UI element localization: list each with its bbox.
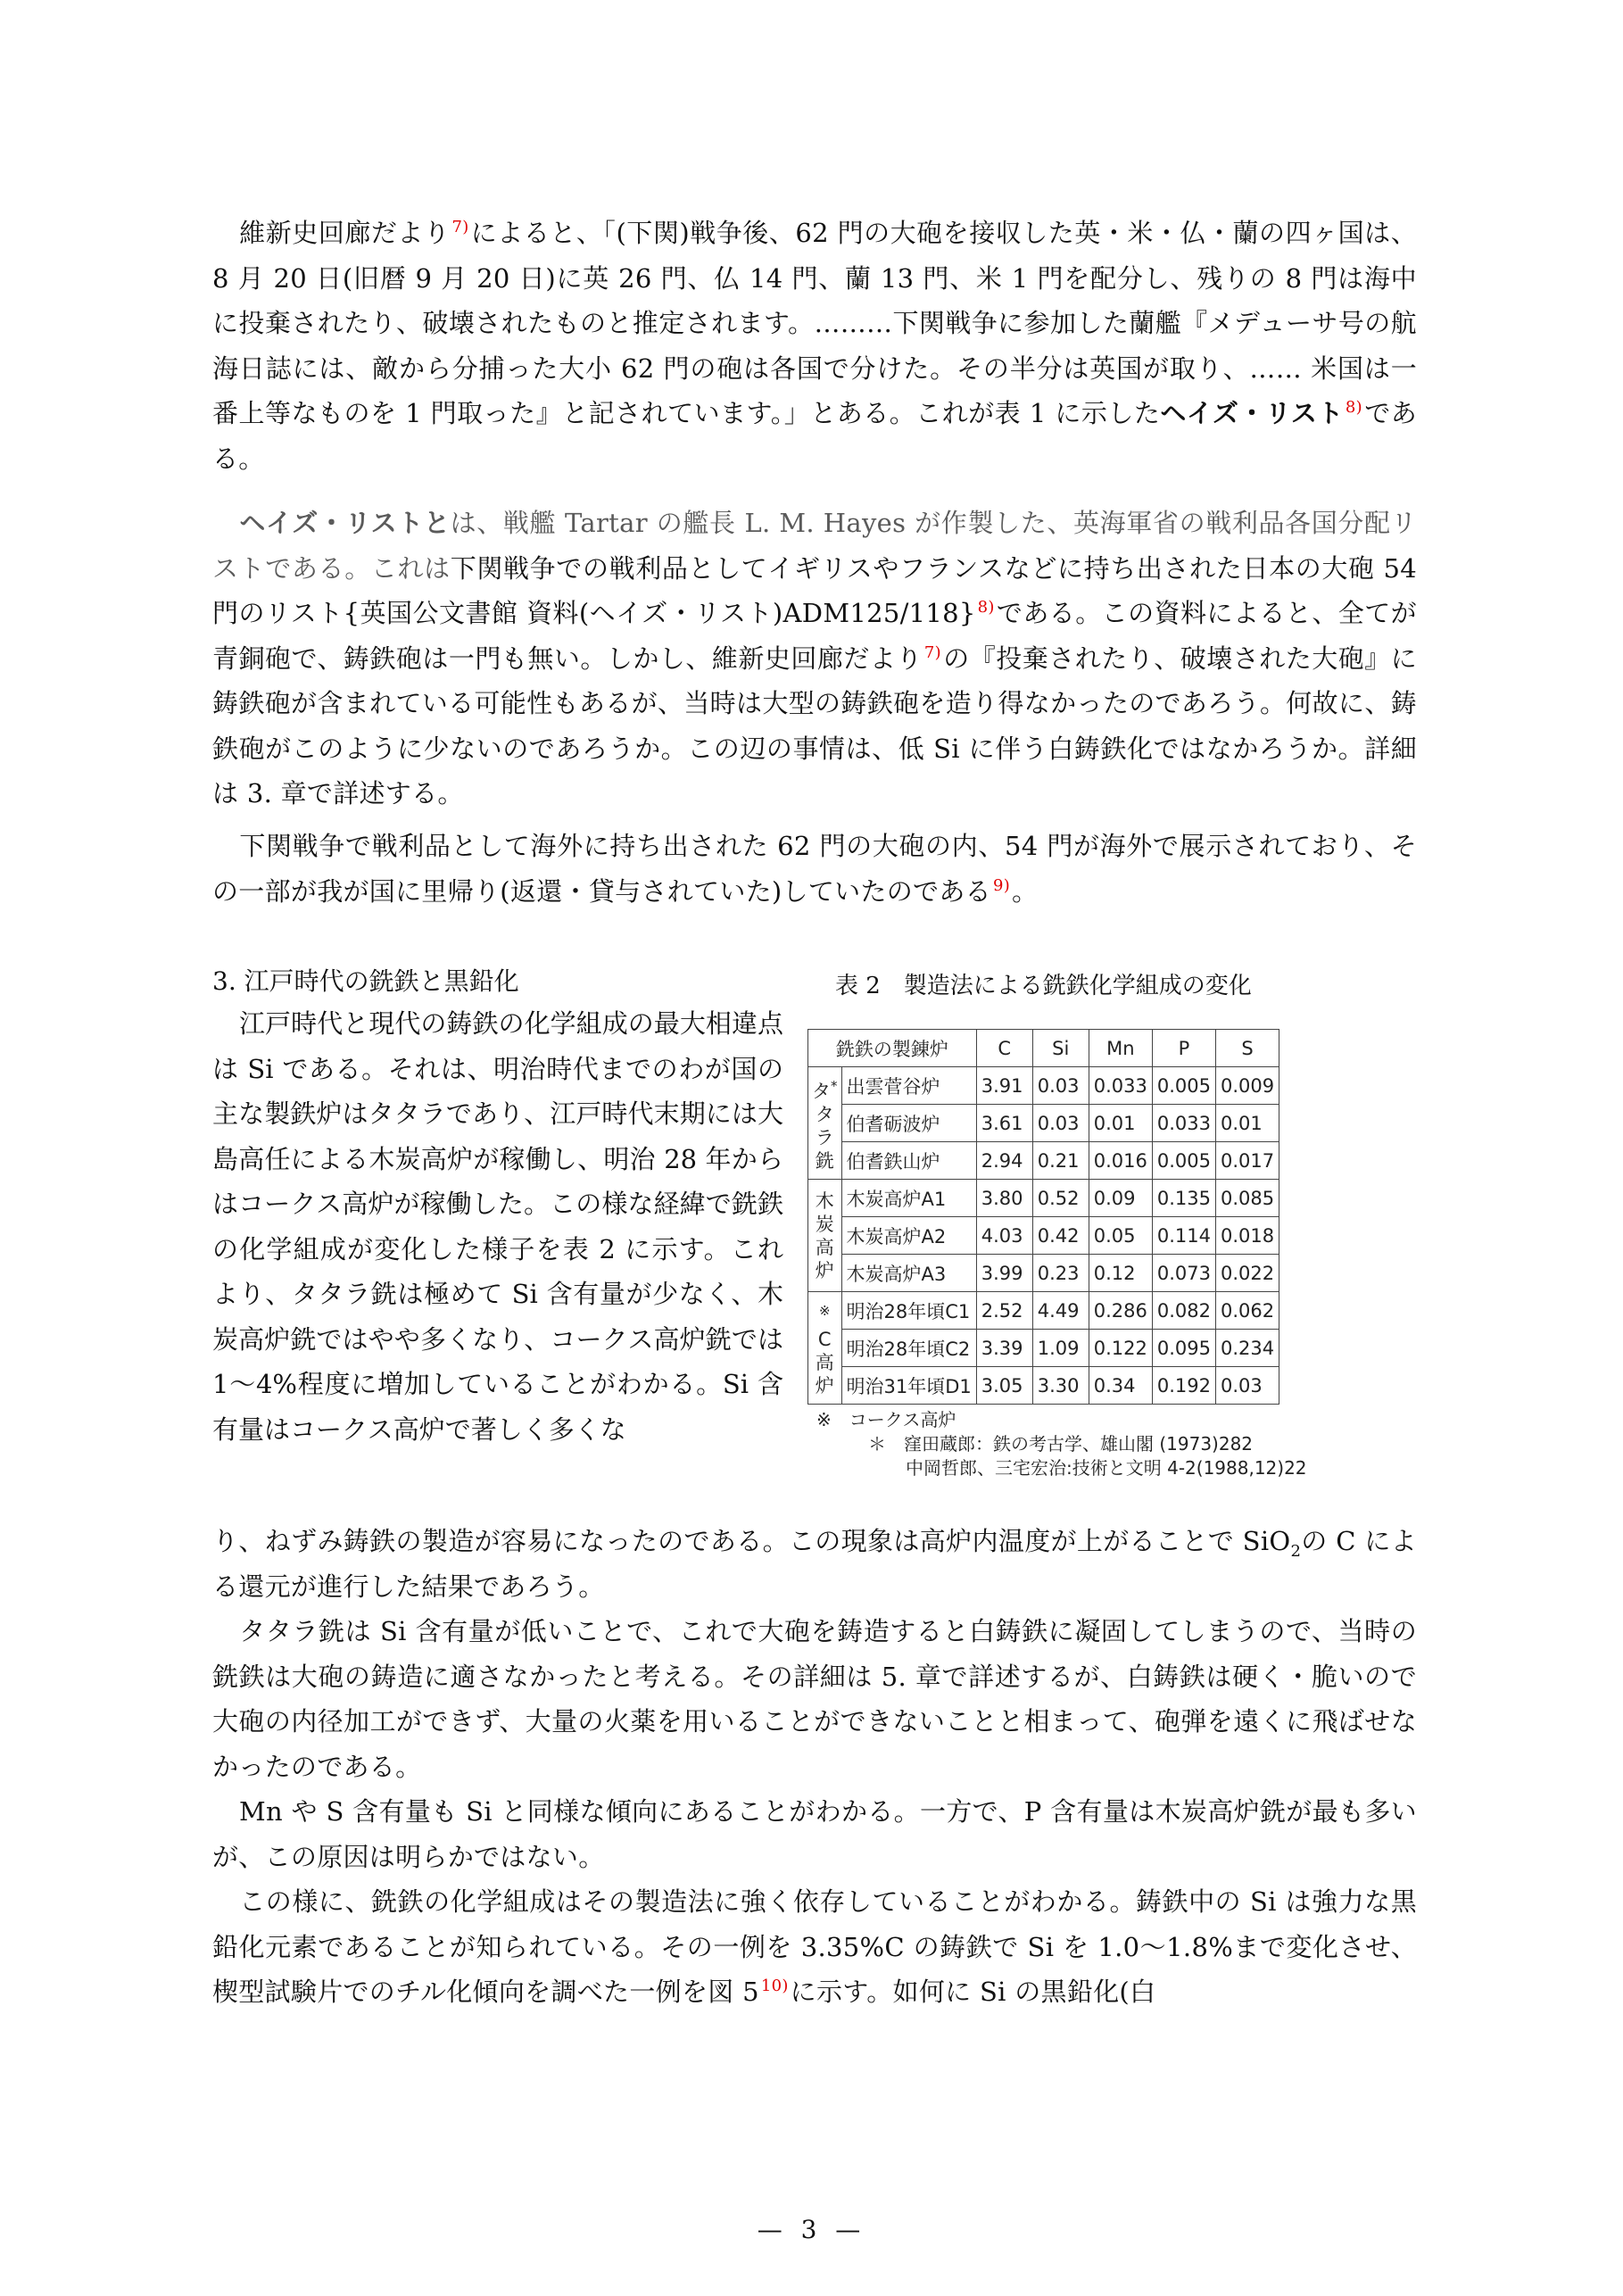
table-row: タ* タ ラ 銑 出雲菅谷炉 3.91 0.03 0.033 0.005 0.0… bbox=[808, 1067, 1279, 1105]
value-p: 0.192 bbox=[1152, 1367, 1215, 1405]
text: タタラ銑は Si 含有量が低いことで、これで大砲を鋳造すると白鋳鉄に凝固してしま… bbox=[212, 1616, 1417, 1782]
group-label-tatara: タ* タ ラ 銑 bbox=[808, 1067, 842, 1180]
value-si: 0.23 bbox=[1032, 1255, 1089, 1292]
term-hayes-list: ヘイズ・リスト bbox=[1160, 398, 1344, 428]
table-row: 明治28年頃C2 3.39 1.09 0.122 0.095 0.234 bbox=[808, 1330, 1279, 1367]
value-si: 0.42 bbox=[1032, 1217, 1089, 1255]
paragraph-mn-s: Mn や S 含有量も Si と同様な傾向にあることがわかる。一方で、P 含有量… bbox=[212, 1789, 1417, 1879]
value-s: 0.062 bbox=[1216, 1292, 1279, 1330]
value-si: 0.03 bbox=[1032, 1067, 1089, 1105]
document-page: 維新史回廊だより7)によると、「(下関)戦争後、62 門の大砲を接収した英・米・… bbox=[0, 0, 1623, 2296]
value-s: 0.085 bbox=[1216, 1180, 1279, 1217]
value-p: 0.005 bbox=[1152, 1067, 1215, 1105]
furnace-name: 木炭高炉A1 bbox=[841, 1180, 976, 1217]
char: 高 bbox=[816, 1352, 834, 1373]
table-row: 木 炭 高 炉 木炭高炉A1 3.80 0.52 0.09 0.135 0.08… bbox=[808, 1180, 1279, 1217]
paragraph-tatara: タタラ銑は Si 含有量が低いことで、これで大砲を鋳造すると白鋳鉄に凝固してしま… bbox=[212, 1609, 1417, 1789]
char: ラ bbox=[816, 1127, 834, 1148]
value-s: 0.022 bbox=[1216, 1255, 1279, 1292]
value-si: 4.49 bbox=[1032, 1292, 1089, 1330]
header-furnace: 銑鉄の製錬炉 bbox=[808, 1030, 977, 1067]
table-row: 木炭高炉A2 4.03 0.42 0.05 0.114 0.018 bbox=[808, 1217, 1279, 1255]
value-s: 0.234 bbox=[1216, 1330, 1279, 1367]
value-p: 0.095 bbox=[1152, 1330, 1215, 1367]
text: Mn や S 含有量も Si と同様な傾向にあることがわかる。一方で、P 含有量… bbox=[212, 1796, 1417, 1872]
value-c: 3.39 bbox=[976, 1330, 1032, 1367]
char: タ bbox=[812, 1081, 831, 1102]
group-label-charcoal: 木 炭 高 炉 bbox=[808, 1180, 842, 1292]
value-p: 0.082 bbox=[1152, 1292, 1215, 1330]
reference-7: 7) bbox=[451, 218, 468, 236]
text: によると、「(下関)戦争後、62 門の大砲を接収した英・米・仏・蘭の四ヶ国は、8… bbox=[212, 218, 1417, 428]
reference-8: 8) bbox=[1346, 398, 1362, 417]
reference-10: 10) bbox=[761, 1977, 789, 1995]
value-s: 0.01 bbox=[1216, 1105, 1279, 1142]
reference-8: 8) bbox=[978, 598, 995, 617]
header-p: P bbox=[1152, 1030, 1215, 1067]
header-mn: Mn bbox=[1089, 1030, 1152, 1067]
value-si: 0.03 bbox=[1032, 1105, 1089, 1142]
furnace-name: 伯耆鉄山炉 bbox=[841, 1142, 976, 1180]
paragraph-3: 下関戦争で戦利品として海外に持ち出された 62 門の大砲の内、54 門が海外で展… bbox=[212, 824, 1417, 914]
char: 炭 bbox=[816, 1214, 834, 1235]
reference-7: 7) bbox=[924, 643, 941, 662]
char: 銑 bbox=[816, 1150, 834, 1172]
char: タ bbox=[816, 1104, 834, 1125]
text: 下関戦争で戦利品として海外に持ち出された 62 門の大砲の内、54 門が海外で展… bbox=[212, 831, 1417, 907]
table-row: 明治31年頃D1 3.05 3.30 0.34 0.192 0.03 bbox=[808, 1367, 1279, 1405]
value-s: 0.018 bbox=[1216, 1217, 1279, 1255]
value-c: 2.52 bbox=[976, 1292, 1032, 1330]
value-p: 0.033 bbox=[1152, 1105, 1215, 1142]
text: 維新史回廊だより bbox=[239, 218, 450, 248]
value-p: 0.005 bbox=[1152, 1142, 1215, 1180]
text: 江戸時代と現代の鋳鉄の化学組成の最大相違点は Si である。それは、明治時代まで… bbox=[212, 1008, 783, 1445]
value-p: 0.073 bbox=[1152, 1255, 1215, 1292]
table-row: 伯耆砺波炉 3.61 0.03 0.01 0.033 0.01 bbox=[808, 1105, 1279, 1142]
section-3-column-text: 江戸時代と現代の鋳鉄の化学組成の最大相違点は Si である。それは、明治時代まで… bbox=[212, 1001, 783, 1452]
page-number: — 3 — bbox=[0, 2215, 1623, 2244]
value-c: 3.61 bbox=[976, 1105, 1032, 1142]
char: 高 bbox=[816, 1237, 834, 1258]
text: 。 bbox=[1012, 876, 1038, 907]
note-coke: ※ コークス高炉 bbox=[816, 1408, 1307, 1432]
value-s: 0.03 bbox=[1216, 1367, 1279, 1405]
value-c: 3.91 bbox=[976, 1067, 1032, 1105]
value-c: 2.94 bbox=[976, 1142, 1032, 1180]
header-s: S bbox=[1216, 1030, 1279, 1067]
section-3-continuation: り、ねずみ鋳鉄の製造が容易になったのである。この現象は高炉内温度が上がることで … bbox=[212, 1519, 1417, 1609]
value-c: 3.05 bbox=[976, 1367, 1032, 1405]
char: 炉 bbox=[816, 1260, 834, 1281]
value-s: 0.017 bbox=[1216, 1142, 1279, 1180]
char: C bbox=[818, 1329, 832, 1350]
footnote-mark: * bbox=[831, 1078, 838, 1094]
char: 炉 bbox=[816, 1375, 834, 1397]
value-si: 3.30 bbox=[1032, 1367, 1089, 1405]
paragraph-graphitization: この様に、銑鉄の化学組成はその製造法に強く依存していることがわかる。鋳鉄中の S… bbox=[212, 1879, 1417, 2015]
value-c: 4.03 bbox=[976, 1217, 1032, 1255]
group-label-coke: ※ C 高 炉 bbox=[808, 1292, 842, 1405]
table-row: 伯耆鉄山炉 2.94 0.21 0.016 0.005 0.017 bbox=[808, 1142, 1279, 1180]
furnace-name: 木炭高炉A2 bbox=[841, 1217, 976, 1255]
value-s: 0.009 bbox=[1216, 1067, 1279, 1105]
value-mn: 0.05 bbox=[1089, 1217, 1152, 1255]
furnace-name: 明治31年頃D1 bbox=[841, 1367, 976, 1405]
value-mn: 0.34 bbox=[1089, 1367, 1152, 1405]
footnote-mark: ※ bbox=[819, 1303, 831, 1319]
value-mn: 0.01 bbox=[1089, 1105, 1152, 1142]
value-c: 3.99 bbox=[976, 1255, 1032, 1292]
paragraph-1: 維新史回廊だより7)によると、「(下関)戦争後、62 門の大砲を接収した英・米・… bbox=[212, 211, 1417, 481]
value-si: 0.21 bbox=[1032, 1142, 1089, 1180]
value-c: 3.80 bbox=[976, 1180, 1032, 1217]
term-hayes-list-definition: ヘイズ・リストと bbox=[239, 508, 451, 538]
table-row: ※ C 高 炉 明治28年頃C1 2.52 4.49 0.286 0.082 0… bbox=[808, 1292, 1279, 1330]
furnace-name: 明治28年頃C1 bbox=[841, 1292, 976, 1330]
note-source-1: ＊ 窪田蔵郎：鉄の考古学、雄山閣 (1973)282 bbox=[816, 1432, 1307, 1456]
value-mn: 0.09 bbox=[1089, 1180, 1152, 1217]
table-notes: ※ コークス高炉 ＊ 窪田蔵郎：鉄の考古学、雄山閣 (1973)282 中岡哲郎… bbox=[816, 1408, 1307, 1480]
furnace-name: 木炭高炉A3 bbox=[841, 1255, 976, 1292]
header-c: C bbox=[976, 1030, 1032, 1067]
table-caption: 表 2 製造法による銑鉄化学組成の変化 bbox=[835, 967, 1252, 1000]
value-p: 0.135 bbox=[1152, 1180, 1215, 1217]
value-mn: 0.286 bbox=[1089, 1292, 1152, 1330]
section-heading: 3. 江戸時代の銑鉄と黒鉛化 bbox=[212, 962, 519, 998]
furnace-name: 明治28年頃C2 bbox=[841, 1330, 976, 1367]
table-header-row: 銑鉄の製錬炉 C Si Mn P S bbox=[808, 1030, 1279, 1067]
furnace-name: 伯耆砺波炉 bbox=[841, 1105, 976, 1142]
table-row: 木炭高炉A3 3.99 0.23 0.12 0.073 0.022 bbox=[808, 1255, 1279, 1292]
subscript: 2 bbox=[1290, 1542, 1301, 1561]
value-si: 0.52 bbox=[1032, 1180, 1089, 1217]
paragraph-2: ヘイズ・リストとは、戦艦 Tartar の艦長 L. M. Hayes が作製し… bbox=[212, 501, 1417, 816]
value-p: 0.114 bbox=[1152, 1217, 1215, 1255]
text: り、ねずみ鋳鉄の製造が容易になったのである。この現象は高炉内温度が上がることで … bbox=[212, 1526, 1290, 1556]
value-si: 1.09 bbox=[1032, 1330, 1089, 1367]
char: 木 bbox=[816, 1190, 834, 1212]
furnace-name: 出雲菅谷炉 bbox=[841, 1067, 976, 1105]
text: に示す。如何に Si の黒鉛化(白 bbox=[791, 1977, 1156, 2007]
value-mn: 0.016 bbox=[1089, 1142, 1152, 1180]
header-si: Si bbox=[1032, 1030, 1089, 1067]
reference-9: 9) bbox=[993, 876, 1010, 895]
value-mn: 0.122 bbox=[1089, 1330, 1152, 1367]
note-source-2: 中岡哲郎、三宅宏治:技術と文明 4-2(1988,12)22 bbox=[816, 1456, 1307, 1480]
composition-table: 銑鉄の製錬炉 C Si Mn P S タ* タ ラ 銑 出雲菅谷炉 3.91 0… bbox=[807, 1029, 1279, 1405]
value-mn: 0.12 bbox=[1089, 1255, 1152, 1292]
value-mn: 0.033 bbox=[1089, 1067, 1152, 1105]
